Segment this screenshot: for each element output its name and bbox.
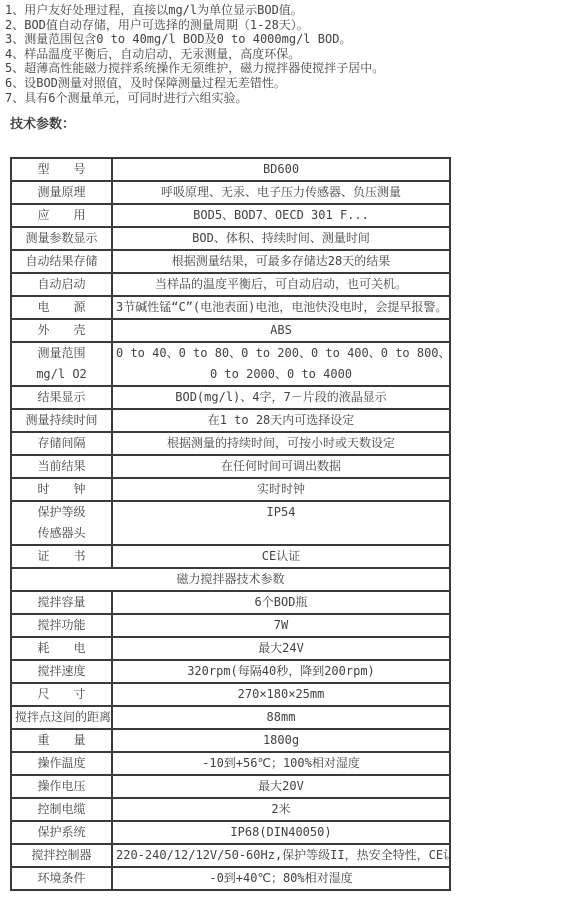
spec-row: 结果显示BOD(mg/l)、4字，7－片段的液晶显示 <box>11 386 450 409</box>
section-header-cell: 磁力搅拌器技术参数 <box>11 568 450 591</box>
spec-label-cell: 当前结果 <box>11 455 112 478</box>
spec-row: 尺 寸270×180×25mm <box>11 683 450 706</box>
spec-row: 重 量1800g <box>11 729 450 752</box>
spec-row: 搅拌点这间的距离88mm <box>11 706 450 729</box>
spec-value-cell: 88mm <box>112 706 450 729</box>
spec-label-cell: 重 量 <box>11 729 112 752</box>
spec-row: 型 号BD600 <box>11 158 450 181</box>
spec-label-cell: 应 用 <box>11 204 112 227</box>
spec-value-cell: 1800g <box>112 729 450 752</box>
spec-row: 环境条件-0到+40℃；80%相对湿度 <box>11 867 450 890</box>
spec-label-cell: 外 壳 <box>11 319 112 342</box>
spec-label-cell: 结果显示 <box>11 386 112 409</box>
spec-label-cell: 存储间隔 <box>11 432 112 455</box>
spec-label-cell: 测量持续时间 <box>11 409 112 432</box>
spec-label-cell: 搅拌速度 <box>11 660 112 683</box>
spec-value-cell: 最大24V <box>112 637 450 660</box>
spec-value-cell: 7W <box>112 614 450 637</box>
spec-label-cell: 测量范围mg/l O2 <box>11 342 112 386</box>
spec-value-cell: BOD、体积、持续时间、测量时间 <box>112 227 450 250</box>
spec-value-cell: 在任何时间可调出数据 <box>112 455 450 478</box>
spec-label-cell: 时 钟 <box>11 478 112 501</box>
feature-list: 1、用户友好处理过程，直接以mg/l为单位显示BOD值。2、BOD值自动存储，用… <box>0 0 573 105</box>
spec-value-cell: 当样品的温度平衡后，可自动启动，也可关机。 <box>112 273 450 296</box>
cell-line: 传感器头 <box>15 523 108 544</box>
spec-value-cell: 根据测量的持续时间，可按小时或天数设定 <box>112 432 450 455</box>
spec-label-cell: 搅拌容量 <box>11 591 112 614</box>
spec-row: 证 书CE认证 <box>11 545 450 568</box>
feature-item: 2、BOD值自动存储，用户可选择的测量周期（1-28天）。 <box>5 18 573 33</box>
spec-value-cell: ABS <box>112 319 450 342</box>
spec-label-cell: 型 号 <box>11 158 112 181</box>
cell-line: 保护等级 <box>15 502 108 523</box>
feature-item: 5、超薄高性能磁力搅拌系统操作无须维护，磁力搅拌器使搅拌子居中。 <box>5 61 573 76</box>
spec-value-cell: IP68(DIN40050) <box>112 821 450 844</box>
feature-item: 7、具有6个测量单元，可同时进行六组实验。 <box>5 91 573 106</box>
spec-value-cell: IP54 <box>112 501 450 545</box>
spec-label-cell: 自动启动 <box>11 273 112 296</box>
spec-value-cell: 0 to 40、0 to 80、0 to 200、0 to 400、0 to 8… <box>112 342 450 386</box>
spec-row: 测量原理呼吸原理、无汞、电子压力传感器、负压测量 <box>11 181 450 204</box>
spec-value-cell: 270×180×25mm <box>112 683 450 706</box>
spec-value-cell: BOD5、BOD7、OECD 301 F... <box>112 204 450 227</box>
spec-label-cell: 操作电压 <box>11 775 112 798</box>
spec-label-cell: 耗 电 <box>11 637 112 660</box>
spec-value-cell: 实时时钟 <box>112 478 450 501</box>
spec-row: 搅拌速度320rpm(每隔40秒，降到200rpm) <box>11 660 450 683</box>
spec-label-cell: 电 源 <box>11 296 112 319</box>
spec-row: 搅拌功能7W <box>11 614 450 637</box>
spec-row: 保护系统IP68(DIN40050) <box>11 821 450 844</box>
cell-line: 测量范围 <box>15 343 108 364</box>
section-title: 技术参数： <box>10 113 573 132</box>
feature-item: 1、用户友好处理过程，直接以mg/l为单位显示BOD值。 <box>5 3 573 18</box>
spec-table-body: 型 号BD600测量原理呼吸原理、无汞、电子压力传感器、负压测量应 用BOD5、… <box>11 158 450 890</box>
spec-value-cell: -10到+56℃；100%相对湿度 <box>112 752 450 775</box>
feature-item: 6、设BOD测量对照值，及时保障测量过程无差错性。 <box>5 76 573 91</box>
spec-row: 控制电缆2米 <box>11 798 450 821</box>
spec-value-cell: 呼吸原理、无汞、电子压力传感器、负压测量 <box>112 181 450 204</box>
cell-line: 0 to 2000、0 to 4000 <box>116 364 446 385</box>
spec-label-cell: 尺 寸 <box>11 683 112 706</box>
spec-value-cell: 最大20V <box>112 775 450 798</box>
spec-label-cell: 测量参数显示 <box>11 227 112 250</box>
feature-item: 4、样品温度平衡后，自动启动，无汞测量，高度环保。 <box>5 47 573 62</box>
spec-value-cell: 6个BOD瓶 <box>112 591 450 614</box>
spec-value-cell: 3节碱性锰“C”(电池表面)电池，电池快没电时，会提早报警。 <box>112 296 450 319</box>
spec-row: 测量持续时间在1 to 28天内可选择设定 <box>11 409 450 432</box>
spec-row: 测量参数显示BOD、体积、持续时间、测量时间 <box>11 227 450 250</box>
spec-label-cell: 保护等级传感器头 <box>11 501 112 545</box>
cell-line: 0 to 40、0 to 80、0 to 200、0 to 400、0 to 8… <box>116 343 446 364</box>
spec-row: 自动启动当样品的温度平衡后，可自动启动，也可关机。 <box>11 273 450 296</box>
spec-label-cell: 保护系统 <box>11 821 112 844</box>
spec-value-cell: BOD(mg/l)、4字，7－片段的液晶显示 <box>112 386 450 409</box>
spec-value-cell: -0到+40℃；80%相对湿度 <box>112 867 450 890</box>
spec-row: 当前结果在任何时间可调出数据 <box>11 455 450 478</box>
cell-line: mg/l O2 <box>15 364 108 385</box>
spec-label-cell: 自动结果存储 <box>11 250 112 273</box>
spec-value-cell: 2米 <box>112 798 450 821</box>
spec-value-cell: CE认证 <box>112 545 450 568</box>
spec-row: 操作温度-10到+56℃；100%相对湿度 <box>11 752 450 775</box>
spec-value-cell: 220-240/12/12V/50-60Hz,保护等级II，热安全特性，CE认证 <box>112 844 450 867</box>
spec-label-cell: 测量原理 <box>11 181 112 204</box>
spec-label-cell: 搅拌点这间的距离 <box>11 706 112 729</box>
spec-row: 存储间隔根据测量的持续时间，可按小时或天数设定 <box>11 432 450 455</box>
table-section-row: 磁力搅拌器技术参数 <box>11 568 450 591</box>
spec-label-cell: 环境条件 <box>11 867 112 890</box>
spec-label-cell: 操作温度 <box>11 752 112 775</box>
spec-value-cell: 在1 to 28天内可选择设定 <box>112 409 450 432</box>
spec-row: 保护等级传感器头IP54 <box>11 501 450 545</box>
spec-row: 电 源3节碱性锰“C”(电池表面)电池，电池快没电时，会提早报警。 <box>11 296 450 319</box>
spec-value-cell: 根据测量结果，可最多存储达28天的结果 <box>112 250 450 273</box>
feature-item: 3、测量范围包含0 to 40mg/l BOD及0 to 4000mg/l BO… <box>5 32 573 47</box>
spec-label-cell: 搅拌控制器 <box>11 844 112 867</box>
spec-table: 型 号BD600测量原理呼吸原理、无汞、电子压力传感器、负压测量应 用BOD5、… <box>10 157 451 891</box>
spec-label-cell: 搅拌功能 <box>11 614 112 637</box>
spec-label-cell: 控制电缆 <box>11 798 112 821</box>
spec-row: 搅拌控制器220-240/12/12V/50-60Hz,保护等级II，热安全特性… <box>11 844 450 867</box>
spec-row: 外 壳ABS <box>11 319 450 342</box>
spec-value-cell: BD600 <box>112 158 450 181</box>
spec-value-cell: 320rpm(每隔40秒，降到200rpm) <box>112 660 450 683</box>
spec-row: 时 钟实时时钟 <box>11 478 450 501</box>
spec-label-cell: 证 书 <box>11 545 112 568</box>
spec-row: 测量范围mg/l O20 to 40、0 to 80、0 to 200、0 to… <box>11 342 450 386</box>
spec-row: 搅拌容量6个BOD瓶 <box>11 591 450 614</box>
spec-row: 应 用BOD5、BOD7、OECD 301 F... <box>11 204 450 227</box>
spec-row: 耗 电最大24V <box>11 637 450 660</box>
spec-row: 操作电压最大20V <box>11 775 450 798</box>
spec-row: 自动结果存储根据测量结果，可最多存储达28天的结果 <box>11 250 450 273</box>
